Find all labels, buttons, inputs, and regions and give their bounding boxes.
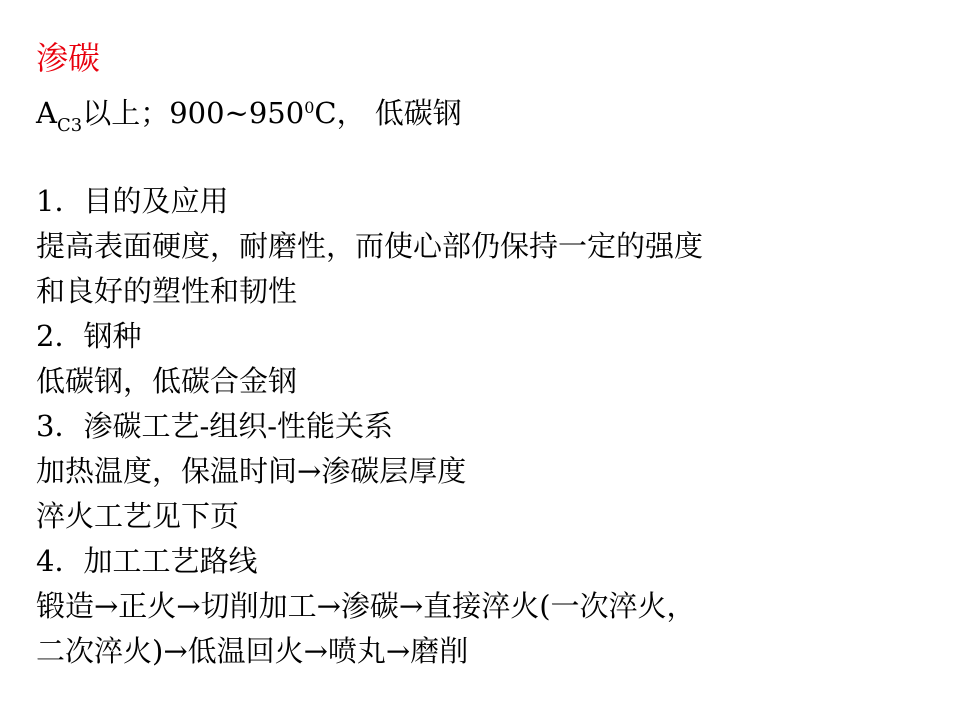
section-1-body-line: 提高表面硬度，耐磨性，而使心部仍保持一定的强度 [36, 228, 703, 264]
section-4-heading: 4．加工工艺路线 [36, 543, 257, 579]
section-2-body-line: 低碳钢，低碳合金钢 [36, 363, 297, 399]
section-4-body-line: 锻造→正火→切削加工→渗碳→直接淬火(一次淬火， [36, 588, 696, 624]
section-4-body-line: 二次淬火)→低温回火→喷丸→磨削 [36, 633, 468, 669]
intro-text-1: 以上；900~950 [82, 96, 304, 130]
slide-title: 渗碳 [36, 40, 100, 76]
intro-line: AC3以上；900~9500C， 低碳钢 [36, 95, 462, 136]
section-2-heading: 2．钢种 [36, 318, 141, 354]
ac3-symbol: A [36, 96, 57, 130]
degree-superscript: 0 [304, 98, 314, 117]
section-1-heading: 1．目的及应用 [36, 183, 228, 219]
intro-text-2: C， 低碳钢 [314, 96, 461, 130]
section-1-body-line: 和良好的塑性和韧性 [36, 273, 297, 309]
section-3-body-line: 淬火工艺见下页 [36, 498, 239, 534]
section-3-body-line: 加热温度，保温时间→渗碳层厚度 [36, 453, 466, 489]
section-3-heading: 3．渗碳工艺-组织-性能关系 [36, 408, 393, 444]
ac3-subscript: C3 [57, 115, 82, 136]
